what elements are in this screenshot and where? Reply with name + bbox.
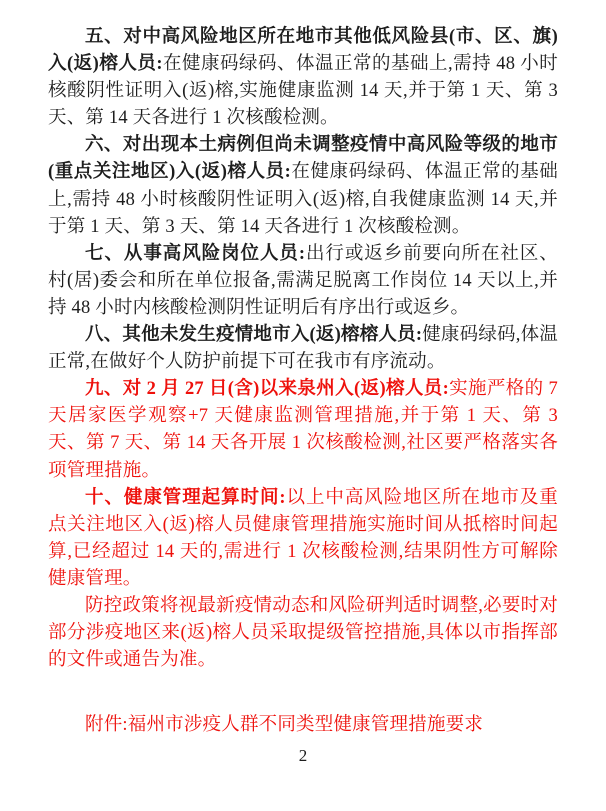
section-6-paragraph: 六、对出现本土病例但尚未调整疫情中高风险等级的地市(重点关注地区)入(返)榕人员… <box>48 132 558 240</box>
policy-adjustment-paragraph: 防控政策将视最新疫情动态和风险研判适时调整,必要时对部分涉疫地区来(返)榕人员采… <box>48 593 558 674</box>
section-10-paragraph: 十、健康管理起算时间:以上中高风险地区所在地市及重点关注地区入(返)榕人员健康管… <box>48 485 558 593</box>
document-page: 五、对中高风险地区所在地市其他低风险县(市、区、旗)入(返)榕人员:在健康码绿码… <box>0 0 606 811</box>
section-10-heading: 十、健康管理起算时间: <box>85 488 286 508</box>
section-8-paragraph: 八、其他未发生疫情地市入(返)榕榕人员:健康码绿码,体温正常,在做好个人防护前提… <box>48 322 558 376</box>
policy-adjustment-body: 防控政策将视最新疫情动态和风险研判适时调整,必要时对部分涉疫地区来(返)榕人员采… <box>48 596 558 670</box>
section-7-heading: 七、从事高风险岗位人员: <box>85 244 305 264</box>
attachment-line: 附件:福州市涉疫人群不同类型健康管理措施要求 <box>48 712 558 739</box>
document-body: 五、对中高风险地区所在地市其他低风险县(市、区、旗)入(返)榕人员:在健康码绿码… <box>48 24 558 739</box>
page-number: 2 <box>0 745 606 767</box>
section-9-paragraph: 九、对 2 月 27 日(含)以来泉州入(返)榕人员:实施严格的 7 天居家医学… <box>48 376 558 484</box>
section-7-paragraph: 七、从事高风险岗位人员:出行或返乡前要向所在社区、村(居)委会和所在单位报备,需… <box>48 241 558 322</box>
section-9-heading: 九、对 2 月 27 日(含)以来泉州入(返)榕人员: <box>85 379 449 399</box>
section-8-heading: 八、其他未发生疫情地市入(返)榕榕人员: <box>85 325 422 345</box>
section-5-paragraph: 五、对中高风险地区所在地市其他低风险县(市、区、旗)入(返)榕人员:在健康码绿码… <box>48 24 558 132</box>
